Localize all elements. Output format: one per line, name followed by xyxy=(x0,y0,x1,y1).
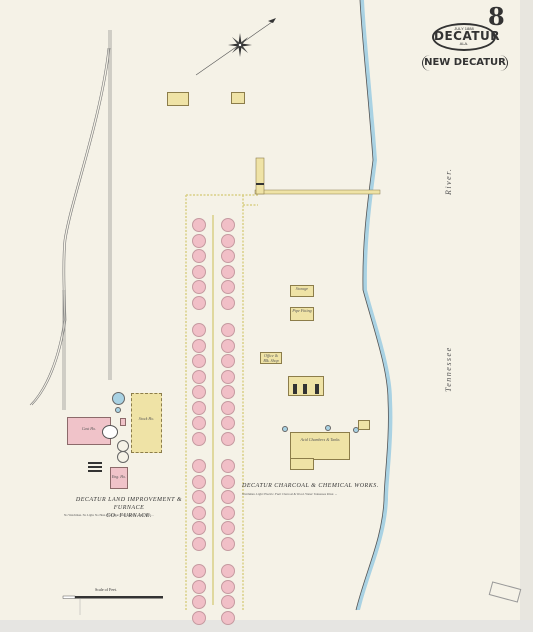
water-tank-icon xyxy=(282,426,288,432)
chemical-works-notes: Watchman. Light: Electric. Fuel: Charcoa… xyxy=(242,492,372,496)
kiln-icon xyxy=(192,296,206,310)
kiln-icon xyxy=(221,280,235,294)
building-acid-chambers: Acid Chambers & Tanks xyxy=(290,432,350,460)
kiln-icon xyxy=(192,506,206,520)
kiln-icon xyxy=(192,416,206,430)
building-pipe-fitting: Pipe Fitting xyxy=(290,307,314,321)
kiln-icon xyxy=(192,611,206,625)
kiln-icon xyxy=(221,506,235,520)
kiln-icon xyxy=(221,385,235,399)
area-subtitle: NEW DECATUR xyxy=(422,55,508,71)
kiln-icon xyxy=(192,521,206,535)
kiln-icon xyxy=(192,265,206,279)
building-stock-house: Stock Ho. xyxy=(131,393,162,453)
building-dwelling-1 xyxy=(167,92,189,106)
kiln-icon xyxy=(221,234,235,248)
kiln-icon xyxy=(221,475,235,489)
kiln-icon xyxy=(192,595,206,609)
kiln-icon xyxy=(221,401,235,415)
kiln-icon xyxy=(221,339,235,353)
building-office: Office & Blk. Shop xyxy=(260,352,282,364)
chemical-works-caption: DECATUR CHARCOAL & CHEMICAL WORKS. xyxy=(242,483,402,489)
water-tank-icon xyxy=(325,425,331,431)
compass-rose-icon xyxy=(196,18,276,75)
kiln-icon xyxy=(221,459,235,473)
kiln-icon xyxy=(221,265,235,279)
river-label-tennessee: Tennessee xyxy=(444,346,453,392)
kiln-icon xyxy=(192,564,206,578)
kiln-icon xyxy=(192,401,206,415)
tramway-to-river xyxy=(255,158,380,194)
kiln-icon xyxy=(221,521,235,535)
kiln-icon xyxy=(221,296,235,310)
kiln-icon xyxy=(192,234,206,248)
kiln-icon xyxy=(192,280,206,294)
city-title-oval: JULY 1888 DECATUR ALA. xyxy=(432,23,496,51)
kiln-icon xyxy=(192,490,206,504)
furnace-stack-icon xyxy=(102,425,118,439)
scale-bar xyxy=(63,596,163,615)
kiln-icon xyxy=(221,218,235,232)
kiln-icon xyxy=(192,323,206,337)
kiln-icon xyxy=(192,385,206,399)
tennessee-river xyxy=(356,0,392,610)
building-shed xyxy=(290,458,314,470)
kiln-icon xyxy=(192,339,206,353)
map-linework xyxy=(0,0,520,620)
kiln-icon xyxy=(221,354,235,368)
building-dwelling-2 xyxy=(231,92,245,104)
scan-edge-bottom xyxy=(0,620,533,632)
railroad-tracks xyxy=(30,30,111,410)
boiler-icon xyxy=(117,451,129,463)
kiln-icon xyxy=(221,249,235,263)
kiln-icon xyxy=(221,537,235,551)
kiln-icon xyxy=(221,323,235,337)
kiln-icon xyxy=(221,611,235,625)
kiln-icon xyxy=(192,580,206,594)
tank-icon xyxy=(115,407,121,413)
furnace-notes: No Watchman. No Light. No Heat. Fuel Cha… xyxy=(64,513,194,517)
hot-blast-stove-icon xyxy=(112,392,125,405)
kiln-icon xyxy=(192,249,206,263)
kiln-icon xyxy=(192,432,206,446)
kiln-icon xyxy=(221,490,235,504)
kiln-icon xyxy=(221,370,235,384)
kiln-icon xyxy=(221,432,235,446)
building-storage: Storage xyxy=(290,285,314,297)
scale-label: Scale of Feet. xyxy=(95,587,117,592)
kiln-icon xyxy=(192,370,206,384)
scan-edge-right xyxy=(520,0,533,632)
building-retorts xyxy=(288,376,324,396)
river-label-river: River. xyxy=(444,168,453,195)
kiln-icon xyxy=(192,537,206,551)
kiln-icon xyxy=(192,459,206,473)
kiln-icon xyxy=(221,416,235,430)
boilers-icon xyxy=(88,462,102,474)
kiln-icon xyxy=(192,475,206,489)
kiln-icon xyxy=(221,595,235,609)
building-small-shed xyxy=(358,420,370,430)
blower-icon xyxy=(120,418,126,426)
kiln-icon xyxy=(221,564,235,578)
kiln-icon xyxy=(221,580,235,594)
kiln-icon xyxy=(192,218,206,232)
building-engine-house: Eng. Ho. xyxy=(110,467,128,489)
kiln-icon xyxy=(192,354,206,368)
